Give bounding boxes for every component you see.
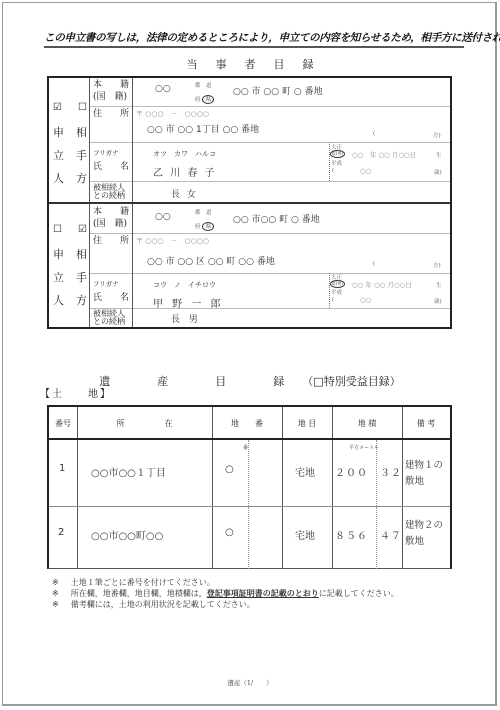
role-char: 立 xyxy=(53,147,64,163)
honseki-address-value[interactable]: ○○ 市 ○○ 町 ○ 番地 xyxy=(233,84,323,97)
chimoku-value[interactable]: 宅地 xyxy=(295,464,315,479)
col-header-number: 番号 xyxy=(49,418,77,429)
table-row: 番 平方メートル 1 ○○市○○１丁目 ○ 宅地 ２００ ３２ 建物１の敷地 xyxy=(49,440,450,507)
table-row: 2 ○○市○○町○○ ○ 宅地 ８５６ ４７ 建物２の敷地 xyxy=(49,507,450,569)
party-block-2: ☐ ☑ 申相 立手 人方 本 籍 (国 籍) 住 所 フリガナ 氏 名 被相続人… xyxy=(49,204,450,327)
honseki-pref-value[interactable]: ○○ xyxy=(155,84,171,94)
party-role-column: ☐ ☑ 申相 立手 人方 xyxy=(49,204,90,327)
row-number: 1 xyxy=(59,463,65,474)
honseki-pref-value[interactable]: ○○ xyxy=(155,212,171,222)
party-list-title: 当事者目録 xyxy=(0,56,500,72)
col-header-area: 地 積 xyxy=(332,418,402,429)
note-item: ※土地１筆ごとに番号を付けてください。 xyxy=(52,577,399,588)
ken-circle: 県 xyxy=(202,95,214,104)
field-label-column: 本 籍 (国 籍) 住 所 フリガナ 氏 名 被相続人との続柄 xyxy=(90,204,133,327)
label-jusho: 住 所 xyxy=(93,109,131,120)
relation-value[interactable]: 長 女 xyxy=(171,187,198,200)
label-furigana: フリガナ xyxy=(93,148,131,159)
age-value[interactable]: ○○ xyxy=(360,167,371,175)
role-char: 立 xyxy=(53,269,64,285)
role-char: 申 xyxy=(53,124,64,140)
instructions-notes: ※土地１筆ごとに番号を付けてください。 ※所在欄，地番欄，地目欄，地積欄は，登記… xyxy=(52,577,399,610)
label-kokuseki: (国 籍) xyxy=(93,92,131,103)
label-shimei: 氏 名 xyxy=(93,162,131,173)
notice-banner: この申立書の写しは，法律の定めるところにより，申立ての内容を知らせるため，相手方… xyxy=(44,30,464,48)
col-header-chimoku: 地 目 xyxy=(282,418,332,429)
label-shimei: 氏 名 xyxy=(93,293,131,304)
field-value-column: ○○ 都 道 府 県 ○○ 市 ○○ 町 ○ 番地 〒 ○○○ － ○○○○ ○… xyxy=(133,78,450,202)
label-kokuseki: (国 籍) xyxy=(93,219,131,230)
col-header-chiban: 地 番 xyxy=(212,418,282,429)
applicant-checkbox[interactable]: ☑ xyxy=(53,102,62,113)
applicant-checkbox[interactable]: ☐ xyxy=(53,224,62,235)
label-furigana: フリガナ xyxy=(93,279,131,290)
row-number: 2 xyxy=(58,527,64,538)
field-value-column: ○○ 都 道 府 県 ○○ 市○○ 町 ○ 番地 〒 ○○○ － ○○○○ ○○… xyxy=(133,204,450,327)
birthdate-cell: 大正 昭和 平成 ○○ 年 ○○ 月○○日 生 ( ○○ 歳) xyxy=(329,142,330,181)
location-value[interactable]: ○○市○○１丁目 xyxy=(91,464,166,479)
area-integer-value[interactable]: ２００ xyxy=(335,464,368,479)
address-value[interactable]: ○○ 市 ○○ 区 ○○ 町 ○○ 番地 xyxy=(147,254,275,267)
note-item: ※備考欄には，土地の利用状況を記載してください。 xyxy=(52,599,399,610)
area-integer-value[interactable]: ８５６ xyxy=(335,527,368,542)
label-zokugara: 被相続人との続柄 xyxy=(93,310,131,326)
role-char: 人 xyxy=(53,170,64,186)
notes-value[interactable]: 建物２の敷地 xyxy=(405,518,443,550)
col-header-location: 所 在 xyxy=(77,418,212,429)
label-zokugara: 被相続人との続柄 xyxy=(93,184,131,200)
ken-circle: 県 xyxy=(202,222,214,231)
note-item: ※所在欄，地番欄，地目欄，地積欄は，登記事項証明書の記載のとおりに記載してくださ… xyxy=(52,588,399,599)
role-char: 人 xyxy=(53,292,64,308)
postal-code-value[interactable]: 〒 ○○○ － ○○○○ xyxy=(136,109,209,119)
party-table: ☑ ☐ 申相 立手 人方 本 籍 (国 籍) 住 所 フリガナ 氏 名 被相続人… xyxy=(47,76,452,329)
area-decimal-value[interactable]: ３２ xyxy=(380,464,402,479)
furigana-value[interactable]: オツ カワ ハルコ xyxy=(153,149,216,159)
honseki-address-value[interactable]: ○○ 市○○ 町 ○ 番地 xyxy=(233,212,320,225)
furigana-value[interactable]: コウ ノ イチロウ xyxy=(153,280,216,290)
party-role-column: ☑ ☐ 申相 立手 人方 xyxy=(49,78,90,202)
address-value[interactable]: ○○ 市 ○○ 1丁目 ○○ 番地 xyxy=(147,122,259,135)
land-section-label: 【土 地】 xyxy=(40,385,112,400)
postal-code-value[interactable]: 〒 ○○○ － ○○○○ xyxy=(136,236,209,246)
estate-table-header: 番号 所 在 地 番 地 目 地 積 備 考 xyxy=(49,407,450,440)
era-showa-circle: 昭和 xyxy=(330,280,345,288)
notes-value[interactable]: 建物１の敷地 xyxy=(405,458,443,490)
opponent-checkbox[interactable]: ☑ xyxy=(78,224,87,235)
relation-value[interactable]: 長 男 xyxy=(171,312,201,325)
chimoku-value[interactable]: 宅地 xyxy=(295,527,315,542)
role-char: 方 xyxy=(76,170,87,186)
name-value[interactable]: 乙 川 春 子 xyxy=(153,164,217,179)
chiban-value[interactable]: ○ xyxy=(225,527,234,538)
role-char: 手 xyxy=(76,147,87,163)
label-honseki: 本 籍 xyxy=(93,80,131,91)
era-showa-circle: 昭和 xyxy=(330,150,345,158)
party-block-1: ☑ ☐ 申相 立手 人方 本 籍 (国 籍) 住 所 フリガナ 氏 名 被相続人… xyxy=(49,78,450,204)
col-header-notes: 備 考 xyxy=(402,418,450,429)
role-char: 相 xyxy=(76,246,87,262)
birthdate-value[interactable]: ○○ 年 ○○ 月○○日 xyxy=(352,150,416,159)
opponent-checkbox[interactable]: ☐ xyxy=(78,102,87,113)
birthdate-cell: 大正 昭和 平成 ○○ 年 ○○ 月○○日 生 ( ○○ 歳) xyxy=(329,273,330,308)
role-char: 相 xyxy=(76,124,87,140)
label-honseki: 本 籍 xyxy=(93,207,131,218)
role-char: 手 xyxy=(76,269,87,285)
birthdate-value[interactable]: ○○ 年 ○○ 月○○日 xyxy=(352,280,412,289)
page-footer: 遺産（1/ ） xyxy=(0,678,500,687)
role-char: 方 xyxy=(76,292,87,308)
chiban-value[interactable]: ○ xyxy=(225,464,234,475)
field-label-column: 本 籍 (国 籍) 住 所 フリガナ 氏 名 被相続人との続柄 xyxy=(90,78,133,202)
estate-table: 番号 所 在 地 番 地 目 地 積 備 考 番 平方メートル 1 ○○市○○１… xyxy=(47,405,452,569)
age-value[interactable]: ○○ xyxy=(360,296,371,304)
area-decimal-value[interactable]: ４７ xyxy=(380,527,402,542)
label-jusho: 住 所 xyxy=(93,236,131,247)
role-char: 申 xyxy=(53,246,64,262)
special-benefit-label[interactable]: （□特別受益目録） xyxy=(302,375,400,388)
location-value[interactable]: ○○市○○町○○ xyxy=(91,527,163,542)
